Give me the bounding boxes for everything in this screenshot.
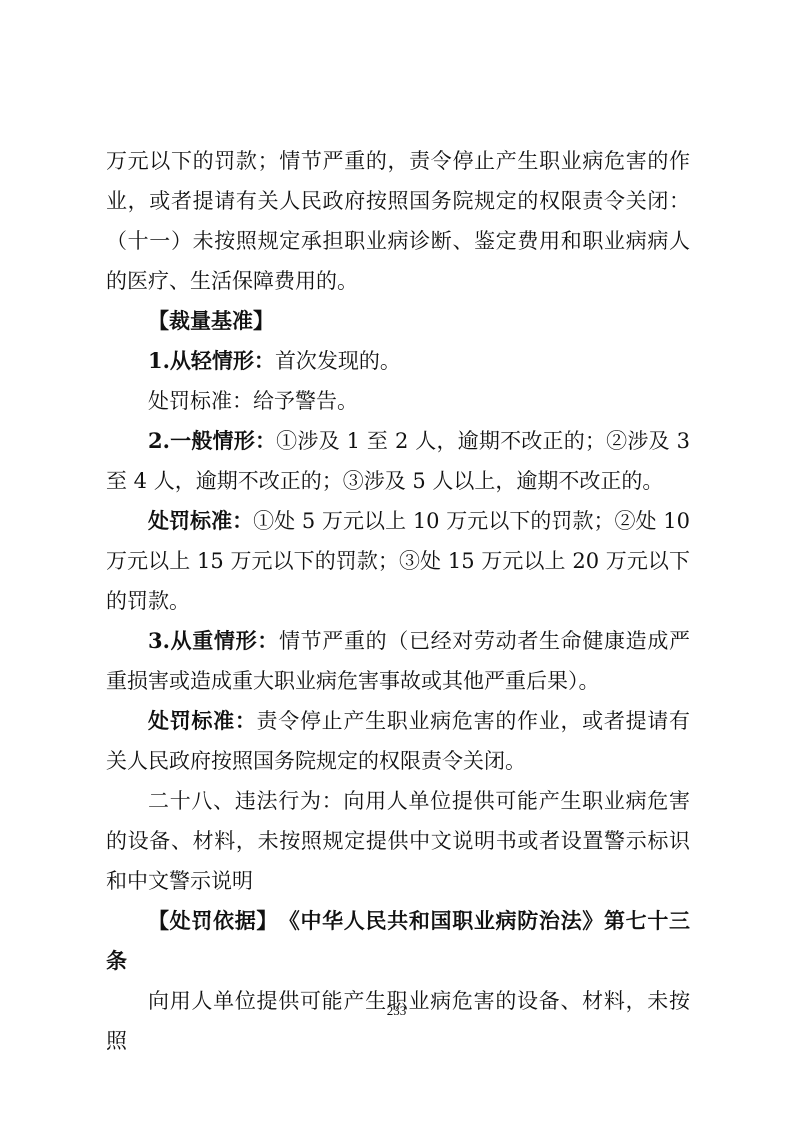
- paragraph-severe-penalty: 处罚标准：责令停止产生职业病危害的作业，或者提请有关人民政府按照国务院规定的权限…: [106, 701, 690, 781]
- label-text: 1.从轻情形：: [148, 348, 275, 373]
- paragraph-continuation: 万元以下的罚款；情节严重的，责令停止产生职业病危害的作业，或者提请有关人民政府按…: [106, 141, 690, 301]
- paragraph-text: 二十八、违法行为：向用人单位提供可能产生职业病危害的设备、材料，未按照规定提供中…: [106, 789, 690, 893]
- heading-text: 【处罚依据】 《中华人民共和国职业病防治法》第七十三条: [106, 908, 690, 973]
- section-heading-discretion-standard: 【裁量基准】: [106, 301, 690, 341]
- paragraph-general-case: 2.一般情形：①涉及 1 至 2 人，逾期不改正的；②涉及 3 至 4 人，逾期…: [106, 421, 690, 501]
- paragraph-text: 万元以下的罚款；情节严重的，责令停止产生职业病危害的作业，或者提请有关人民政府按…: [106, 149, 690, 293]
- paragraph-lenient-penalty: 处罚标准：给予警告。: [106, 381, 690, 421]
- section-heading-penalty-basis: 【处罚依据】 《中华人民共和国职业病防治法》第七十三条: [106, 901, 690, 981]
- label-text: 3.从重情形：: [148, 628, 279, 653]
- paragraph-severe-case: 3.从重情形：情节严重的（已经对劳动者生命健康造成严重损害或造成重大职业病危害事…: [106, 621, 690, 701]
- document-body: 万元以下的罚款；情节严重的，责令停止产生职业病危害的作业，或者提请有关人民政府按…: [106, 141, 690, 1061]
- paragraph-general-penalty: 处罚标准：①处 5 万元以上 10 万元以下的罚款；②处 10 万元以上 15 …: [106, 501, 690, 621]
- label-text: 处罚标准：: [148, 508, 253, 533]
- paragraph-text: 向用人单位提供可能产生职业病危害的设备、材料，未按照: [106, 989, 690, 1053]
- heading-text: 【裁量基准】: [148, 308, 274, 333]
- label-text: 2.一般情形：: [148, 428, 276, 453]
- paragraph-lenient-case: 1.从轻情形：首次发现的。: [106, 341, 690, 381]
- page-number: 233: [0, 1003, 793, 1019]
- paragraph-violation-28: 二十八、违法行为：向用人单位提供可能产生职业病危害的设备、材料，未按照规定提供中…: [106, 781, 690, 901]
- label-text: 处罚标准：: [148, 708, 257, 733]
- paragraph-basis-text: 向用人单位提供可能产生职业病危害的设备、材料，未按照: [106, 981, 690, 1061]
- paragraph-text: 首次发现的。: [275, 349, 401, 373]
- paragraph-text: 处罚标准：给予警告。: [148, 389, 358, 413]
